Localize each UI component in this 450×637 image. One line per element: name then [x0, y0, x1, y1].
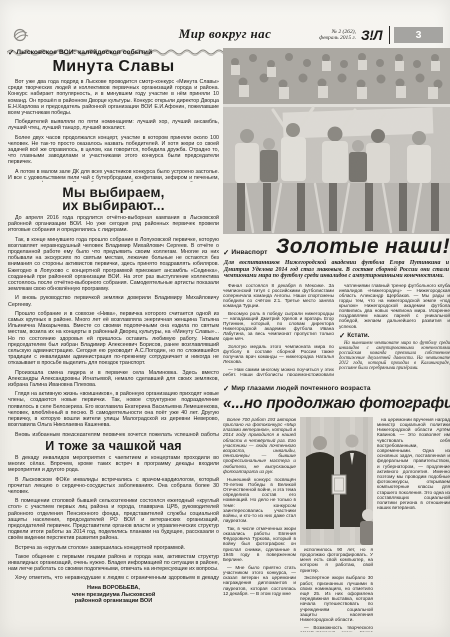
paragraph: исполнилось 90 лет, но я продолжаю фотог… [300, 547, 373, 573]
paragraph: Встреча за «круглым столом» завершилась … [8, 545, 219, 551]
paragraph: Финал состоялся 8 декабря в Мексике. За … [223, 283, 334, 308]
masthead: Мир вокруг нас № 2 (262), февраль 2015 г… [7, 26, 443, 44]
paragraph: — Возможность творческого самовыражения … [300, 625, 373, 632]
paragraph: Победителей выявляли по пяти номинациям:… [8, 119, 219, 131]
author-role-line2: районной организации ВОИ [75, 598, 153, 604]
paragraph: Глядя на активную жизнь «воишников», в р… [8, 391, 219, 428]
story-column-1: Более 700 работ 193 авторов прислано на … [223, 417, 296, 632]
aside-title: Кстати. [347, 332, 369, 339]
photo-story-headline: «...но продолжаю фотографировать» [223, 395, 450, 413]
paragraph: До апреля 2016 года продлится отчётно-вы… [8, 215, 219, 234]
paragraph: Прошло собрание и в совхозе «Нива», перв… [8, 311, 219, 367]
page-title: Мир вокруг нас [179, 26, 272, 42]
paragraph: — Нам самим многому можно поучиться у эт… [223, 367, 334, 376]
article2-headline: Мы выбираем, их выбирают... [8, 186, 219, 212]
paragraph: Хочу отметить, что неравнодушие к людям … [8, 575, 219, 582]
paragraph: Произошла смена лидера и в первичке села… [8, 370, 219, 389]
paragraph: И вновь руководство первичкой земляки до… [8, 295, 219, 307]
paragraph: Вот уже два года подряд в Лыскове провод… [8, 79, 219, 116]
sport-lead: Для воспитанников Нижегородской академии… [224, 260, 449, 280]
kicker-label: Мир глазами людей почтенного возраста [231, 385, 370, 392]
paragraph: — Мне было приятно стать участником этог… [223, 565, 296, 596]
paragraph: В Лысковском ФОКе инвалиды встречались с… [8, 477, 219, 496]
aside-text: На нынешнем чемпионате мира по футболу с… [339, 341, 450, 372]
kicker-label: Инваспорт [231, 249, 267, 256]
author-role-line1: член президиума Лысковской [72, 592, 156, 598]
paragraph: Так, в числе отмеченных жюри оказались р… [223, 526, 296, 562]
sport-kicker: ✓ Инваспорт [223, 249, 276, 258]
issue-info: № 2 (262), февраль 2015 г. [319, 29, 356, 42]
check-icon: ✓ [223, 249, 229, 256]
photo-story-body: Более 700 работ 193 авторов прислано на … [223, 417, 450, 632]
paragraph: Нынешний конкурс посвящён 70-летию Побед… [223, 477, 296, 524]
photo-story-kicker: ✓ Мир глазами людей почтенного возраста [223, 385, 450, 392]
sport-headline: Золотые наши! [276, 236, 450, 258]
aside-kicker: ✓ Кстати. [339, 332, 450, 339]
story-column-2: исполнилось 90 лет, но я продолжаю фотог… [300, 417, 373, 632]
paragraph: Более двух часов продолжался концерт, уч… [8, 135, 219, 166]
right-column: ✓ Инваспорт Золотые наши! Для воспитанни… [223, 48, 450, 633]
newspaper-page: Мир вокруг нас № 2 (262), февраль 2015 г… [0, 0, 450, 637]
article1-body: Вот уже два года подряд в Лыскове провод… [8, 79, 219, 182]
issue-number: № 2 (262), [332, 29, 356, 35]
paragraph: Так, в конце минувшего года прошло собра… [8, 237, 219, 293]
paragraph: В декаду инвалидов мероприятия с чаепити… [8, 455, 219, 474]
paragraph: чатлениями главный тренер футбольного кл… [339, 283, 450, 329]
page-number-badge: 3 [394, 27, 443, 43]
award-ceremony-photo [300, 417, 373, 545]
sport-column-2: чатлениями главный тренер футбольного кл… [339, 283, 450, 376]
newspaper-logo: З!Л [361, 26, 390, 44]
paragraph: Золотую медаль этого чемпионата мира по … [223, 344, 334, 364]
paragraph: Вновь избранным председателям первичек х… [8, 432, 219, 437]
check-icon: ✓ [8, 49, 14, 56]
paragraph: Более 700 работ 193 авторов прислано на … [223, 417, 296, 474]
article3-body: В декаду инвалидов мероприятия с чаепити… [8, 455, 219, 582]
paragraph: Экспертное жюри выбрало 30 работ, призна… [300, 575, 373, 622]
paragraph: В помещении столовой бывшей сельхозтехни… [8, 498, 219, 541]
paragraph: Такое общение с первыми лицами района и … [8, 554, 219, 573]
football-team-photo [223, 48, 450, 234]
article2-headline-line2: их выбирают... [62, 198, 164, 213]
author-name: Нина ВОРОБЬЕВА, [87, 585, 140, 591]
article3-headline: И тоже за чашкой чая [8, 439, 219, 453]
author-signature: Нина ВОРОБЬЕВА, член президиума Лысковск… [8, 585, 219, 605]
kicker-label: Лысковское ВОИ: калейдоскоп событий [16, 49, 152, 56]
paragraph: А потом в малом зале ДК для всех участни… [8, 169, 219, 182]
paragraph: Весомую роль в победу сыграли нижегородц… [223, 311, 334, 342]
section-kicker-voi: ✓ Лысковское ВОИ: калейдоскоп событий [8, 49, 219, 56]
story-column-3: на церемонии вручения наград министр соц… [377, 417, 450, 632]
sport-column-1: Финал состоялся 8 декабря в Мексике. За … [223, 283, 334, 376]
article1-headline: Минута Славы [8, 58, 219, 76]
article2-body: До апреля 2016 года продлится отчётно-вы… [8, 215, 219, 436]
paragraph: на церемонии вручения наград министр соц… [377, 417, 450, 511]
sport-body: Финал состоялся 8 декабря в Мексике. За … [223, 283, 450, 376]
sport-headline-row: ✓ Инваспорт Золотые наши! [223, 235, 450, 258]
issue-date: февраль 2015 г. [319, 35, 356, 41]
check-icon: ✓ [339, 332, 345, 339]
left-column: ✓ Лысковское ВОИ: калейдоскоп событий Ми… [8, 49, 219, 631]
check-icon: ✓ [223, 385, 229, 392]
